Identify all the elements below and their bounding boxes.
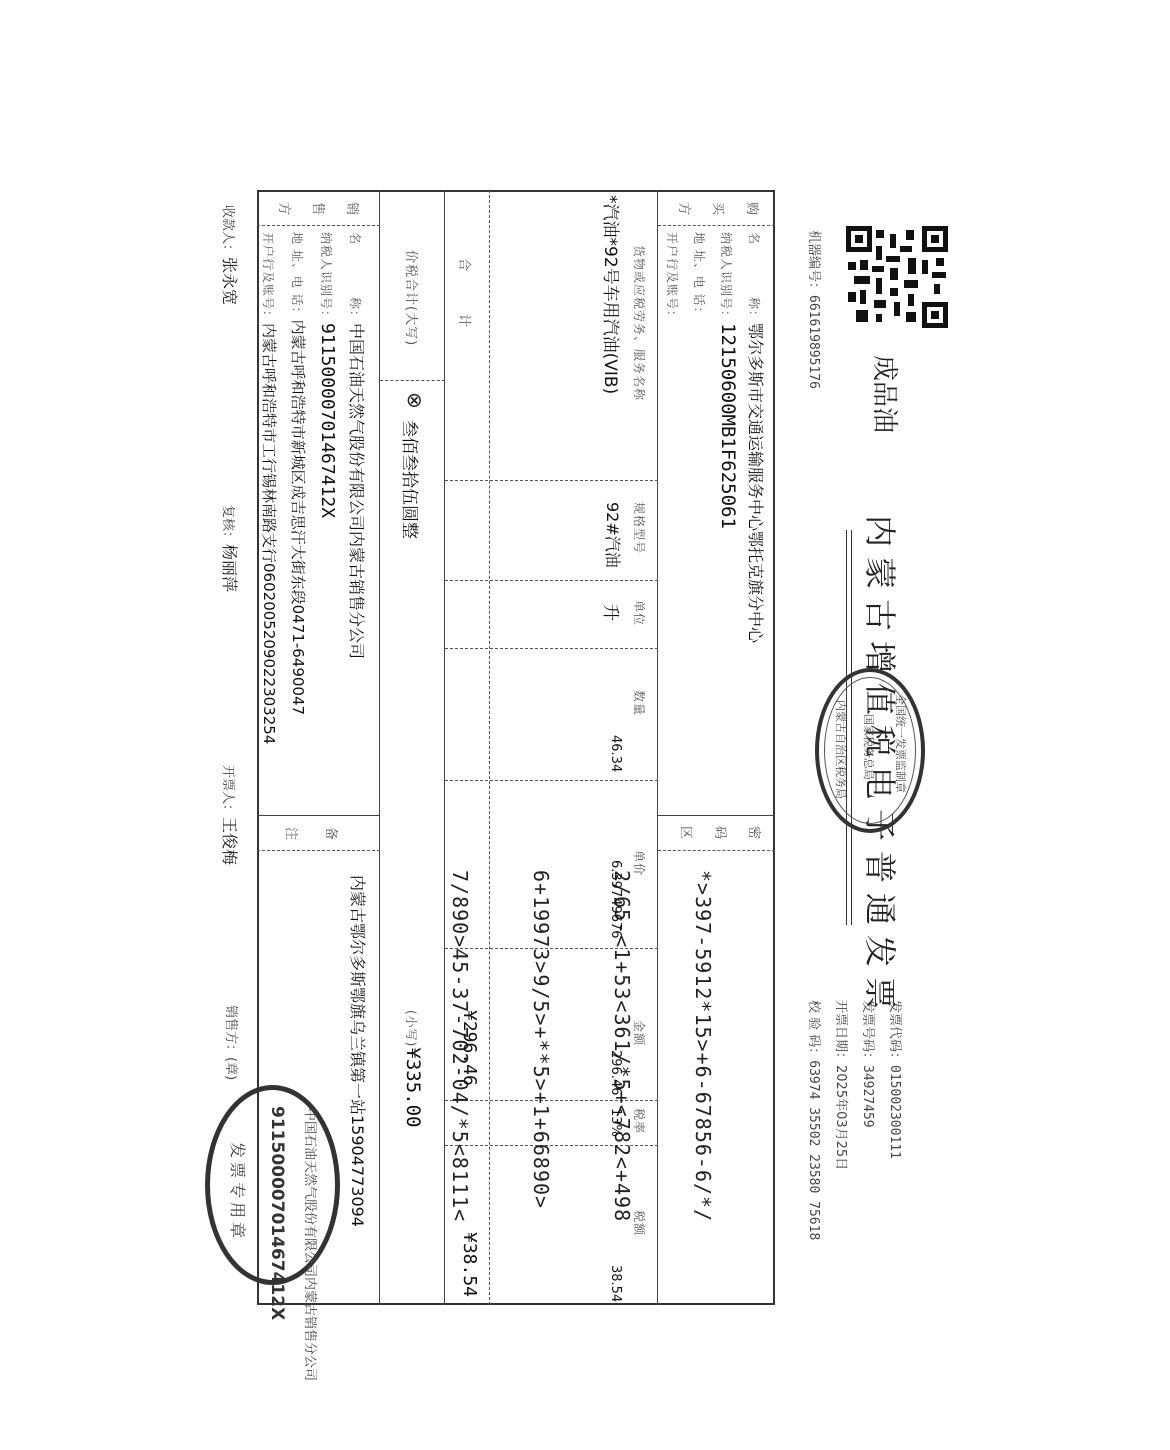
invoice-meta: 发票代码：015002300111 发票号码：34927459 开票日期：202… (800, 1000, 908, 1240)
divider (380, 380, 445, 381)
reviewer: 复核：杨丽萍 (219, 505, 242, 592)
seller-info: 名 称：中国石油天然气股份有限公司内蒙古销售分公司 纳税人识别号：9115000… (254, 232, 370, 744)
item-name: *汽油*92号车用汽油(VIB) (600, 195, 625, 394)
buyer-info: 名 称：鄂尔多斯市交通运输服务中心鄂托克旗分中心 纳税人识别号：12150600… (659, 232, 768, 643)
col-header-unit: 单位 (631, 600, 648, 626)
issuer: 开票人：王俊梅 (219, 765, 242, 865)
seller-seal-label: 销售方：(章) (223, 1005, 242, 1080)
grand-total-lowercase: (小写)¥335.00 (402, 1010, 424, 1127)
machine-number: 机器编号：661619895176 (806, 230, 825, 389)
item-unit: 升 (600, 604, 625, 621)
divider (658, 850, 775, 851)
payee: 收款人：张永宽 (219, 205, 242, 305)
seller-seal-stamp: 中国石油天然气股份有限公司内蒙古销售分公司 91150000701467412X… (205, 1085, 340, 1285)
buyer-tax-id: 12150600MB1F625061 (717, 323, 739, 529)
divider (445, 780, 658, 781)
divider (379, 190, 380, 1305)
seller-name: 中国石油天然气股份有限公司内蒙古销售分公司 (347, 323, 366, 659)
item-rate: 13% (608, 1108, 623, 1137)
item-price: 6.39749676 (608, 860, 623, 939)
cipher-side-label: 密 码 区 (668, 826, 770, 840)
qr-code (846, 226, 948, 328)
cipher-code: *>397-5912*15>+6-67856-6/*/ 2/65-<1+53<3… (392, 870, 770, 1222)
col-header-rate: 税率 (631, 1108, 648, 1134)
col-header-amount: 金额 (631, 1020, 648, 1046)
invoice-page: 机器编号：661619895176 成品油 内蒙古增值税电子普通发票 全国统一发… (0, 0, 1170, 1450)
category-mark: 成品油 (868, 355, 905, 433)
col-header-price: 单价 (631, 850, 648, 876)
divider (257, 225, 380, 226)
col-header-name: 货物或应税劳务、服务名称 (631, 245, 648, 401)
divider (257, 850, 380, 851)
item-spec: 92#汽油 (602, 502, 625, 568)
buyer-name: 鄂尔多斯市交通运输服务中心鄂托克旗分中心 (746, 323, 765, 643)
tax-bureau-stamp: 全国统一发票监制章 国家税务总局 内蒙古自治区税务局 (815, 668, 925, 833)
item-qty: 46.34 (608, 735, 623, 772)
check-code: 校 验 码：63974 35502 23580 75618 (800, 1000, 827, 1240)
col-header-tax: 税额 (631, 1210, 648, 1236)
seller-bank: 内蒙古呼和浩特市工行锡林南路支行0602005209022303254 (260, 323, 278, 744)
seller-address: 内蒙古呼和浩特市新城区成吉思汗大街东段0471-6490047 (289, 320, 307, 715)
item-amount: 296.46 (608, 1050, 623, 1096)
divider (257, 815, 380, 816)
divider (658, 815, 775, 816)
divider (658, 225, 775, 226)
seller-tax-id: 91150000701467412X (317, 323, 338, 518)
grand-total-label: 价税合计(大写) (403, 250, 422, 346)
issue-date: 开票日期：2025年03月25日 (827, 1000, 854, 1240)
divider (445, 648, 658, 649)
grand-total-uppercase: 叁佰叁拾伍圆整 (399, 420, 424, 539)
total-amount: ¥296.46 (459, 1010, 480, 1086)
remarks-text: 内蒙古鄂尔多斯鄂旗乌兰镇第一站15904773094 (347, 875, 370, 1227)
divider (445, 480, 658, 481)
invoice-code: 发票代码：015002300111 (881, 1000, 908, 1240)
item-tax: 38.54 (608, 1265, 623, 1302)
divider (445, 580, 658, 581)
col-header-qty: 数量 (631, 690, 648, 716)
circle-x-icon: ⊗ (403, 392, 427, 409)
seller-side-label: 销 售 方 (266, 202, 368, 216)
total-tax: ¥38.54 (459, 1232, 480, 1297)
invoice-number: 发票号码：34927459 (854, 1000, 881, 1240)
col-header-spec: 规格型号 (631, 502, 648, 554)
total-label: 合 计 (456, 258, 475, 328)
buyer-side-label: 购 买 方 (666, 202, 768, 216)
remarks-side-label: 备 注 (270, 827, 350, 841)
